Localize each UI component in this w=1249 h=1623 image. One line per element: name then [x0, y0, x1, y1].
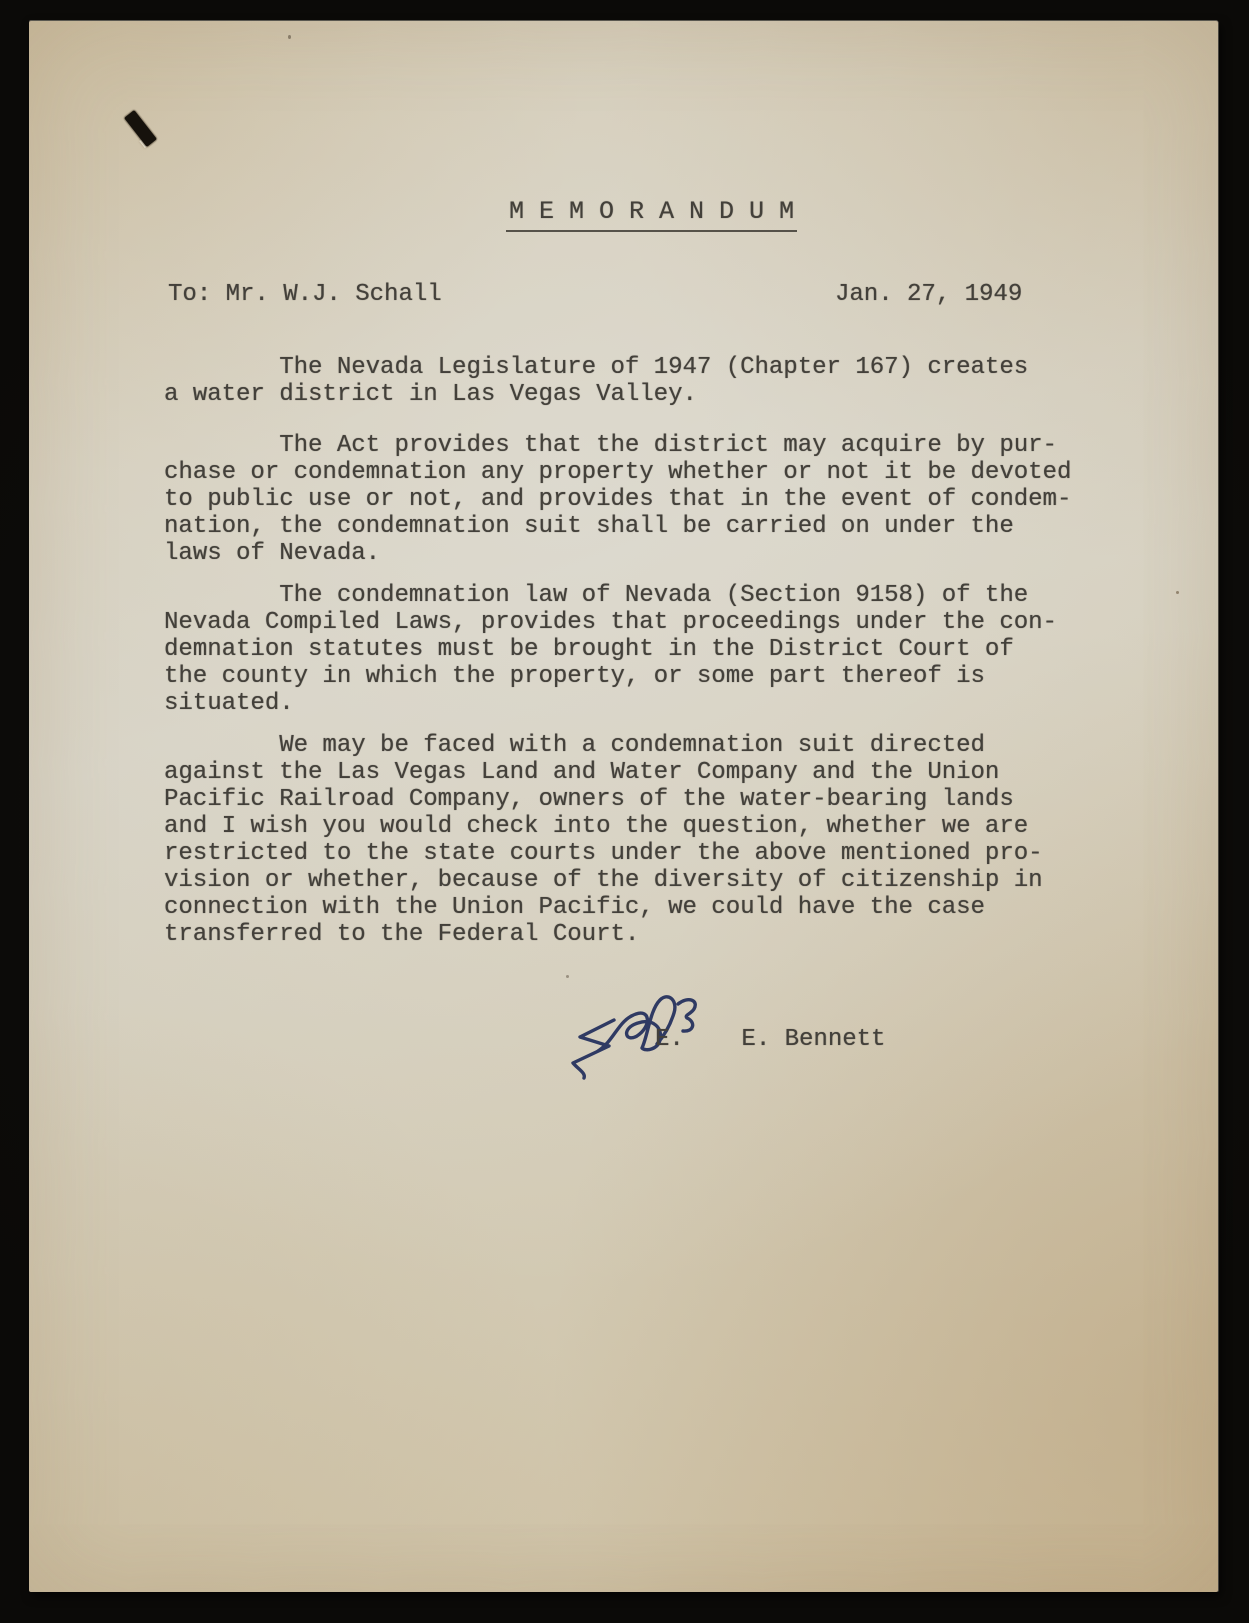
memo-recipient-line: To: Mr. W.J. Schall	[168, 281, 442, 308]
paper-speck	[288, 35, 291, 39]
memo-paragraph-3: The condemnation law of Nevada (Section …	[164, 582, 1057, 717]
memo-date: Jan. 27, 1949	[835, 281, 1022, 308]
paper-speck	[1176, 591, 1179, 594]
memo-title: M E M O R A N D U M	[506, 199, 797, 232]
memo-page: M E M O R A N D U M To: Mr. W.J. Schall …	[29, 21, 1218, 1592]
signature-chevron-stroke	[573, 1020, 614, 1078]
memo-paragraph-4: We may be faced with a condemnation suit…	[164, 732, 1043, 948]
scanned-document-background: M E M O R A N D U M To: Mr. W.J. Schall …	[0, 0, 1249, 1623]
memo-paragraph-1: The Nevada Legislature of 1947 (Chapter …	[164, 354, 1028, 408]
signature-typed-name: E. E. Bennett	[655, 1026, 885, 1053]
memo-paragraph-2: The Act provides that the district may a…	[164, 432, 1071, 567]
paper-speck	[566, 975, 569, 978]
